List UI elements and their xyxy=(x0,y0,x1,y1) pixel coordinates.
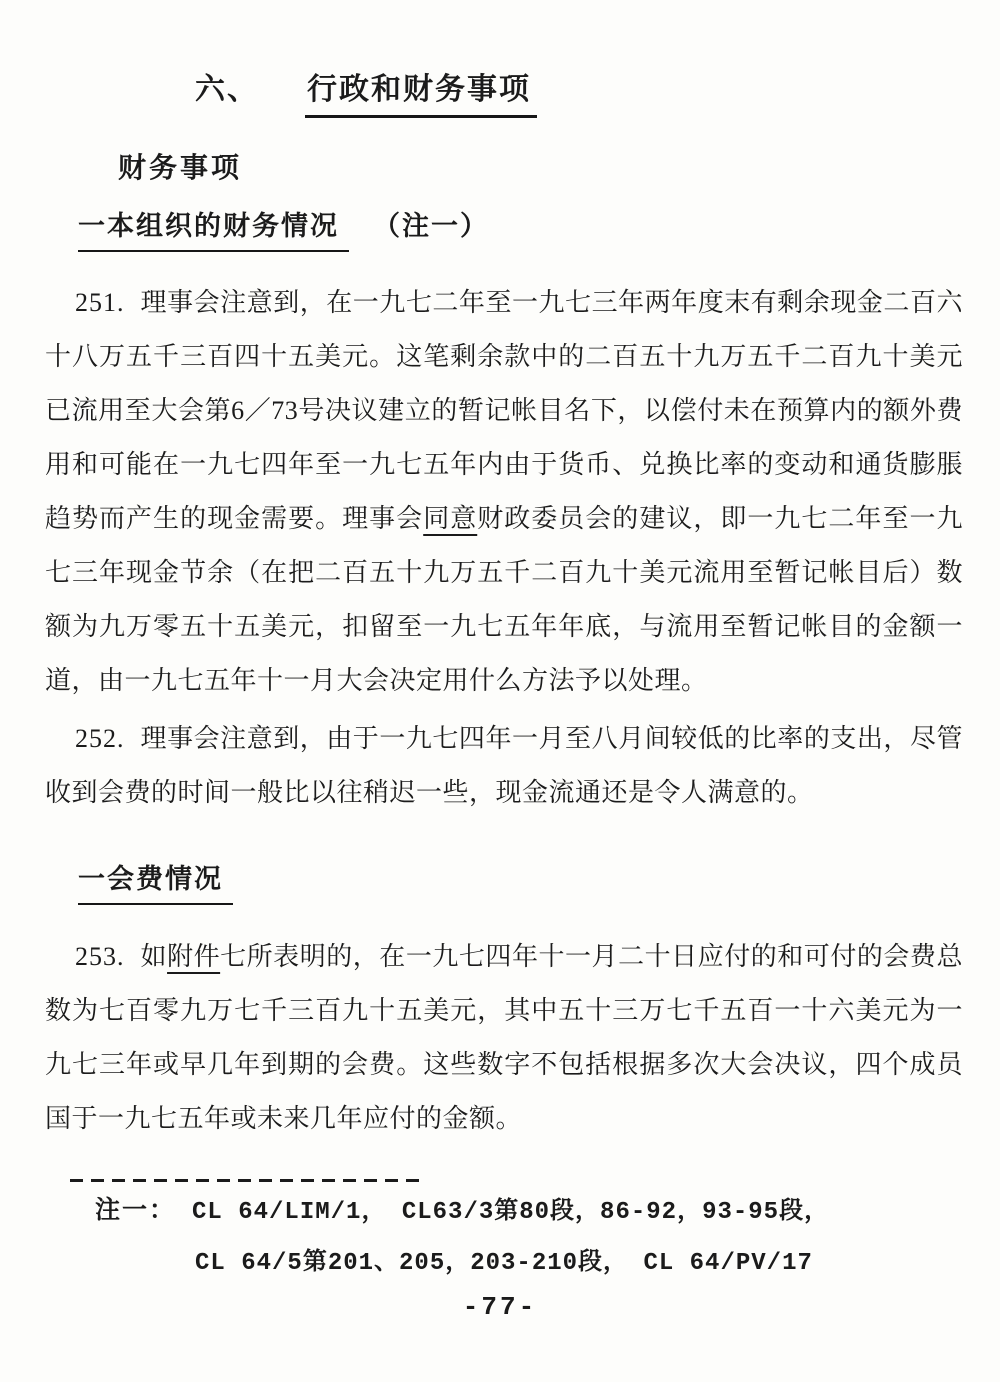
topic-contributions: 一会费情况 xyxy=(78,857,233,905)
paragraph-251-underlined-term: 同意 xyxy=(423,504,477,533)
footnote: 注一：CL 64/LIM/1， CL63/3第80段，86-92，93-95段，… xyxy=(95,1186,955,1288)
paragraph-251: 251.理事会注意到，在一九七二年至一九七三年两年度末有剩余现金二百六十八万五千… xyxy=(45,276,963,708)
footnote-line-2: CL 64/5第201、205，203-210段， CL 64/PV/17 xyxy=(195,1237,955,1288)
paragraph-252-text: 理事会注意到，由于一九七四年一月至八月间较低的比率的支出，尽管收到会费的时间一般… xyxy=(45,724,963,807)
footnote-references-2: CL 64/5第201、205，203-210段， CL 64/PV/17 xyxy=(195,1250,813,1277)
paragraph-251-text: 理事会注意到，在一九七二年至一九七三年两年度末有剩余现金二百六十八万五千三百四十… xyxy=(45,288,963,533)
paragraph-251-number: 251. xyxy=(75,288,125,317)
paragraph-253-underlined-term: 附件 xyxy=(167,942,220,971)
topic-contributions-title: 一会费情况 xyxy=(78,857,233,905)
footnote-reference: （注一） xyxy=(373,211,489,241)
section-subheading: 财务事项 xyxy=(118,146,242,186)
paragraph-252-number: 252. xyxy=(75,724,125,753)
paragraph-253: 253.如附件七所表明的，在一九七四年十一月二十日应付的和可付的会费总数为七百零… xyxy=(45,930,963,1146)
footnote-label: 注一： xyxy=(95,1197,176,1224)
paragraph-252: 252.理事会注意到，由于一九七四年一月至八月间较低的比率的支出，尽管收到会费的… xyxy=(45,712,963,820)
chapter-heading: 六、行政和财务事项 xyxy=(195,64,537,118)
topic-financial-position: 一本组织的财务情况（注一） xyxy=(78,204,489,252)
chapter-title: 行政和财务事项 xyxy=(305,64,537,118)
scanned-page: 六、行政和财务事项 财务事项 一本组织的财务情况（注一） 251.理事会注意到，… xyxy=(0,0,1000,1382)
footnote-line-1: 注一：CL 64/LIM/1， CL63/3第80段，86-92，93-95段， xyxy=(95,1186,955,1237)
paragraph-253-text: 如 xyxy=(141,942,168,971)
paragraph-253-number: 253. xyxy=(75,942,125,971)
chapter-numeral: 六、 xyxy=(195,73,259,106)
footnote-divider xyxy=(70,1179,424,1182)
footnote-references-1: CL 64/LIM/1， CL63/3第80段，86-92，93-95段， xyxy=(192,1199,829,1226)
topic-financial-position-title: 一本组织的财务情况 xyxy=(78,204,349,252)
page-number: -77- xyxy=(0,1292,1000,1322)
